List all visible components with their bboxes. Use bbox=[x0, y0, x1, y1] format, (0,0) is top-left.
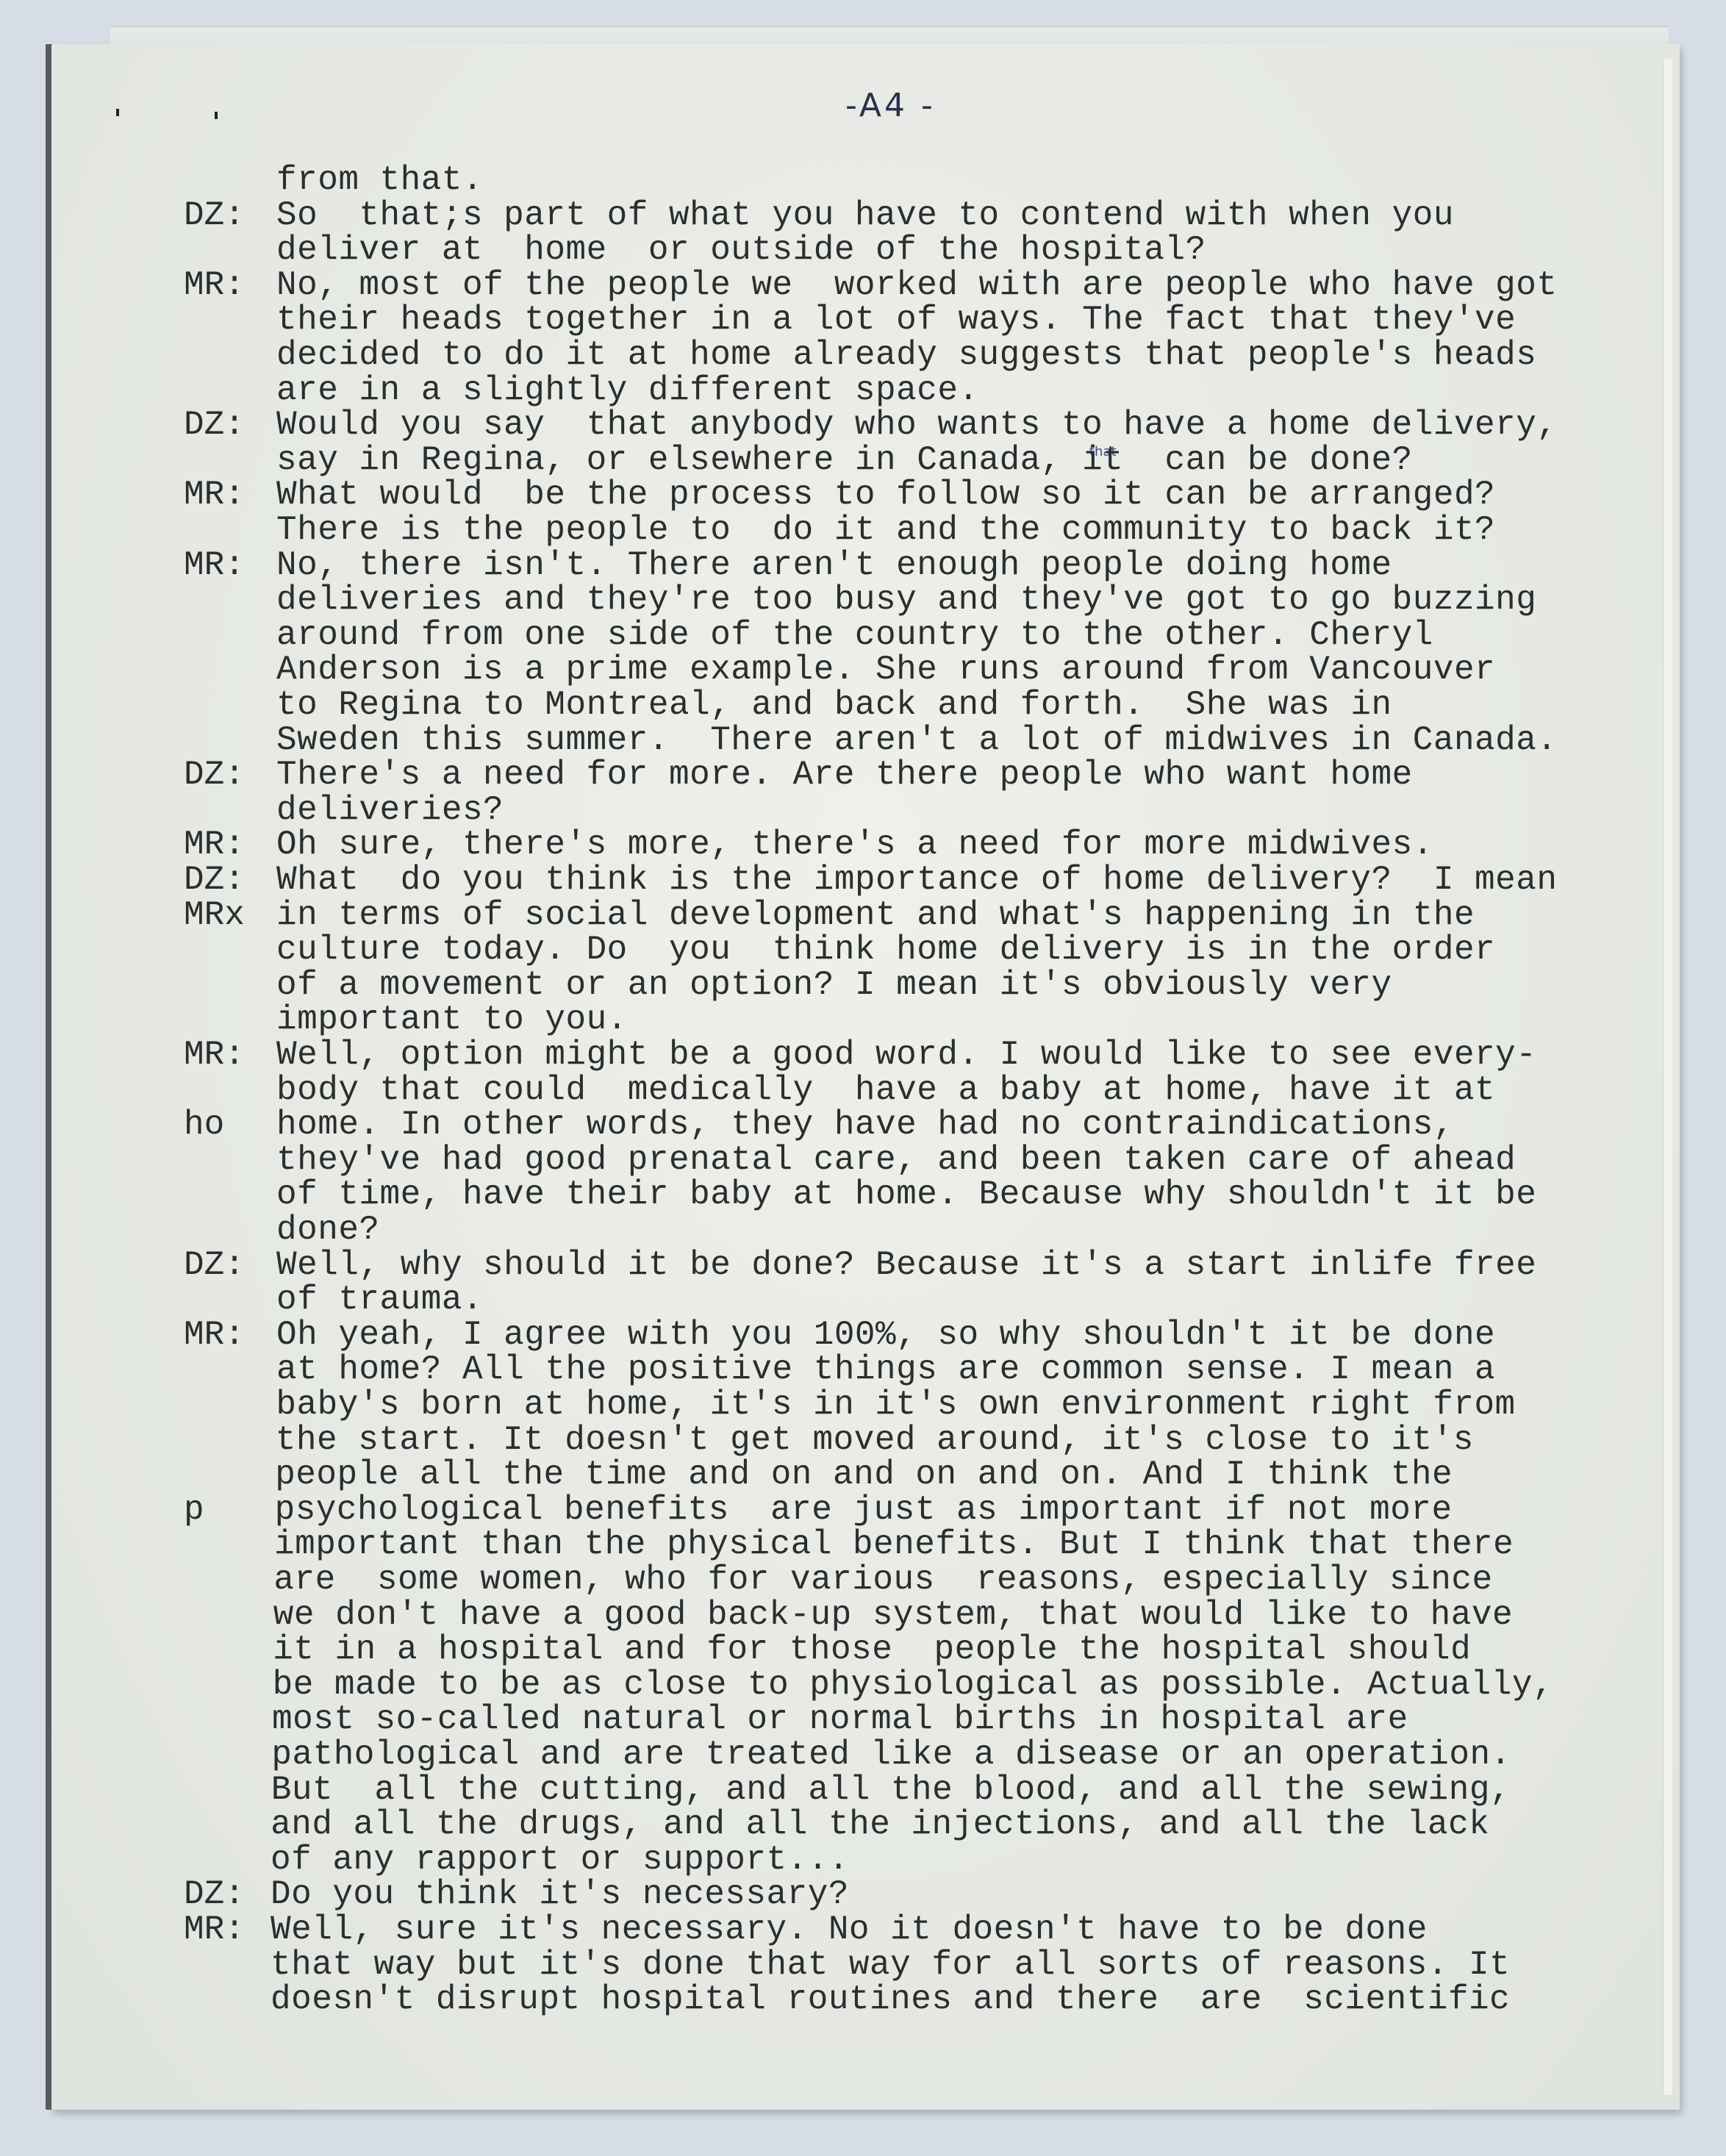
transcript-line: What do you think is the importance of h… bbox=[276, 863, 1557, 897]
speaker-label: DZ: bbox=[184, 758, 245, 792]
transcript-line: are in a slightly different space. bbox=[276, 373, 979, 407]
transcript-line: Well, option might be a good word. I wou… bbox=[276, 1038, 1536, 1072]
transcript-line: Oh sure, there's more, there's a need fo… bbox=[276, 828, 1433, 862]
transcript-line: their heads together in a lot of ways. T… bbox=[276, 303, 1516, 337]
page-number: -A4 - bbox=[845, 87, 936, 124]
speaker-label: MR: bbox=[184, 1913, 245, 1947]
transcript-line: important to you. bbox=[276, 1003, 628, 1036]
transcript-line: psychological benefits are just as impor… bbox=[275, 1493, 1453, 1527]
transcript-line: What would be the process to follow so i… bbox=[276, 478, 1495, 512]
transcript-line: say in Regina, or elsewhere in Canada, i… bbox=[276, 443, 1413, 477]
speaker-label: MR: bbox=[184, 268, 245, 302]
page-stack-edge bbox=[1663, 59, 1672, 2095]
transcript-line: culture today. Do you think home deliver… bbox=[276, 933, 1495, 967]
transcript-line: Anderson is a prime example. She runs ar… bbox=[276, 653, 1495, 687]
transcript-line: it in a hospital and for those people th… bbox=[273, 1633, 1471, 1666]
speaker-label: MR: bbox=[184, 548, 245, 582]
speaker-label: MR: bbox=[184, 1318, 245, 1352]
speaker-label: DZ: bbox=[184, 863, 245, 897]
transcript-line: Oh yeah, I agree with you 100%, so why s… bbox=[276, 1318, 1495, 1352]
transcript-line: There is the people to do it and the com… bbox=[276, 513, 1495, 547]
speaker-label: MR: bbox=[184, 828, 245, 862]
transcript-line: they've had good prenatal care, and been… bbox=[276, 1143, 1516, 1177]
transcript-line: most so-called natural or normal births … bbox=[272, 1702, 1408, 1736]
speaker-label: MRx bbox=[184, 898, 245, 932]
transcript-line: body that could medically have a baby at… bbox=[276, 1073, 1495, 1107]
transcript-line: Do you think it's necessary? bbox=[271, 1877, 849, 1911]
transcript-line: we don't have a good back-up system, tha… bbox=[273, 1598, 1513, 1632]
transcript-line: No, most of the people we worked with ar… bbox=[276, 268, 1557, 302]
transcript-line: deliver at home or outside of the hospit… bbox=[276, 233, 1206, 267]
punch-mark bbox=[116, 109, 119, 116]
transcript-line: pathological and are treated like a dise… bbox=[271, 1738, 1511, 1772]
speaker-label: DZ: bbox=[184, 198, 245, 232]
transcript-line: deliveries? bbox=[276, 793, 504, 827]
transcript-line: Would you say that anybody who wants to … bbox=[276, 408, 1557, 442]
speaker-label: DZ: bbox=[184, 408, 245, 442]
transcript-line: So that;s part of what you have to conte… bbox=[276, 198, 1454, 232]
transcript-line: Sweden this summer. There aren't a lot o… bbox=[276, 723, 1557, 757]
transcript-line: in terms of social development and what'… bbox=[276, 898, 1475, 932]
punch-mark bbox=[215, 112, 218, 119]
transcript-line: doesn't disrupt hospital routines and th… bbox=[271, 1983, 1510, 2016]
transcript-line: baby's born at home, it's in it's own en… bbox=[276, 1388, 1515, 1422]
transcript-line: and all the drugs, and all the injection… bbox=[271, 1808, 1489, 1841]
speaker-label: p bbox=[184, 1493, 204, 1527]
transcript-line: around from one side of the country to t… bbox=[276, 618, 1433, 652]
transcript-line: the start. It doesn't get moved around, … bbox=[276, 1423, 1474, 1457]
speaker-label: ho bbox=[184, 1108, 224, 1142]
transcript-line: of any rapport or support... bbox=[271, 1843, 849, 1877]
transcript-line: But all the cutting, and all the blood, … bbox=[271, 1773, 1511, 1807]
transcript-line: people all the time and on and on and on… bbox=[275, 1458, 1453, 1491]
transcript-line: of a movement or an option? I mean it's … bbox=[276, 968, 1392, 1002]
speaker-label: DZ: bbox=[184, 1877, 245, 1911]
transcript-line: deliveries and they're too busy and they… bbox=[276, 583, 1536, 617]
transcript-line: of trauma. bbox=[276, 1283, 483, 1317]
transcript-line: No, there isn't. There aren't enough peo… bbox=[276, 548, 1392, 582]
transcript-line: Well, why should it be done? Because it'… bbox=[276, 1248, 1536, 1282]
transcript-line: to Regina to Montreal, and back and fort… bbox=[276, 688, 1392, 722]
transcript-line: important than the physical benefits. Bu… bbox=[274, 1528, 1514, 1561]
transcript-line: Well, sure it's necessary. No it doesn't… bbox=[271, 1913, 1428, 1947]
transcript-line: be made to be as close to physiological … bbox=[273, 1668, 1553, 1702]
transcript-line: decided to do it at home already suggest… bbox=[276, 338, 1536, 372]
transcript-line: that way but it's done that way for all … bbox=[271, 1948, 1510, 1982]
speaker-label: MR: bbox=[184, 478, 245, 512]
transcript-line: done? bbox=[276, 1213, 380, 1247]
transcript-line: at home? All the positive things are com… bbox=[276, 1353, 1495, 1386]
transcript-line: home. In other words, they have had no c… bbox=[276, 1108, 1454, 1142]
transcript-line: are some women, who for various reasons,… bbox=[273, 1563, 1492, 1597]
speaker-label: DZ: bbox=[184, 1248, 245, 1282]
transcript-line: There's a need for more. Are there peopl… bbox=[276, 758, 1413, 792]
speaker-label: MR: bbox=[184, 1038, 245, 1072]
transcript-line: from that. bbox=[276, 163, 483, 197]
transcript-line: of time, have their baby at home. Becaus… bbox=[276, 1178, 1536, 1211]
